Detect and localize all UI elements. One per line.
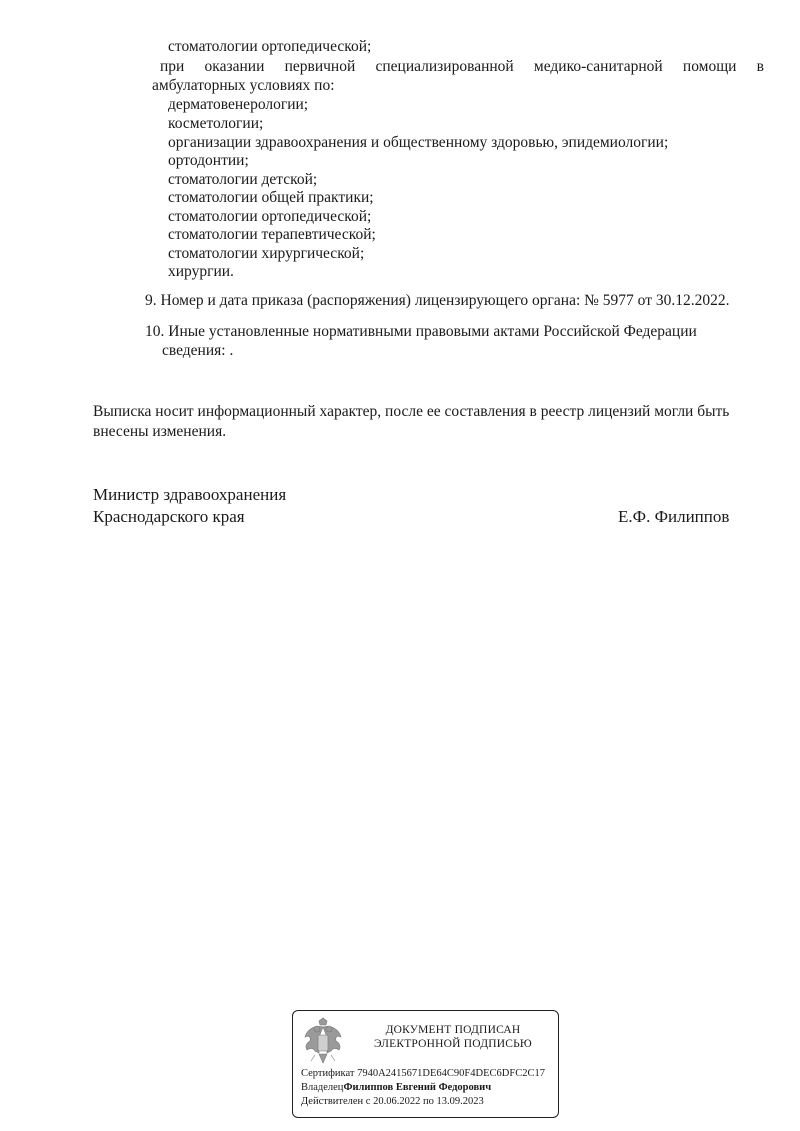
notice-line-1: Выписка носит информационный характер, п… — [93, 402, 729, 421]
item-10-line-2: сведения: . — [162, 341, 233, 360]
item-10-line-1: 10. Иные установленные нормативными прав… — [145, 322, 697, 341]
owner-value: Филиппов Евгений Федорович — [343, 1082, 491, 1093]
signatory-name: Е.Ф. Филиппов — [618, 506, 729, 527]
list-item: ортодонтии; — [168, 151, 249, 170]
electronic-signature-stamp: ДОКУМЕНТ ПОДПИСАН ЭЛЕКТРОННОЙ ПОДПИСЬЮ С… — [292, 1010, 559, 1118]
list-item: стоматологии хирургической; — [168, 244, 364, 263]
certificate-label: Сертификат — [301, 1068, 354, 1079]
intro-line-2: амбулаторных условиях по: — [152, 76, 335, 95]
list-item: стоматологии детской; — [168, 170, 317, 189]
stamp-title: ДОКУМЕНТ ПОДПИСАН ЭЛЕКТРОННОЙ ПОДПИСЬЮ — [353, 1023, 553, 1051]
signatory-title-line-2: Краснодарского края — [93, 506, 245, 527]
item-9-order: 9. Номер и дата приказа (распоряжения) л… — [145, 291, 730, 310]
list-item: косметологии; — [168, 114, 263, 133]
list-item: стоматологии ортопедической; — [168, 207, 371, 226]
list-item: дерматовенерологии; — [168, 95, 308, 114]
service-ortho-prev: стоматологии ортопедической; — [168, 37, 371, 56]
certificate-value: 7940A2415671DE64C90F4DEC6DFC2C17 — [357, 1068, 545, 1079]
stamp-title-line-2: ЭЛЕКТРОННОЙ ПОДПИСЬЮ — [353, 1037, 553, 1051]
list-item: хирургии. — [168, 262, 234, 281]
list-item: стоматологии терапевтической; — [168, 225, 376, 244]
signatory-title-line-1: Министр здравоохранения — [93, 484, 286, 505]
intro-line-1: при оказании первичной специализированно… — [160, 57, 764, 76]
validity-line: Действителен с 20.06.2022 по 13.09.2023 — [301, 1095, 484, 1108]
list-item: стоматологии общей практики; — [168, 188, 374, 207]
notice-line-2: внесены изменения. — [93, 422, 226, 441]
owner-line: ВладелецФилиппов Евгений Федорович — [301, 1081, 491, 1094]
list-item: организации здравоохранения и общественн… — [168, 133, 668, 152]
russian-coat-of-arms-icon — [301, 1017, 345, 1067]
owner-label: Владелец — [301, 1082, 343, 1093]
certificate-line: Сертификат 7940A2415671DE64C90F4DEC6DFC2… — [301, 1067, 545, 1080]
stamp-title-line-1: ДОКУМЕНТ ПОДПИСАН — [353, 1023, 553, 1037]
